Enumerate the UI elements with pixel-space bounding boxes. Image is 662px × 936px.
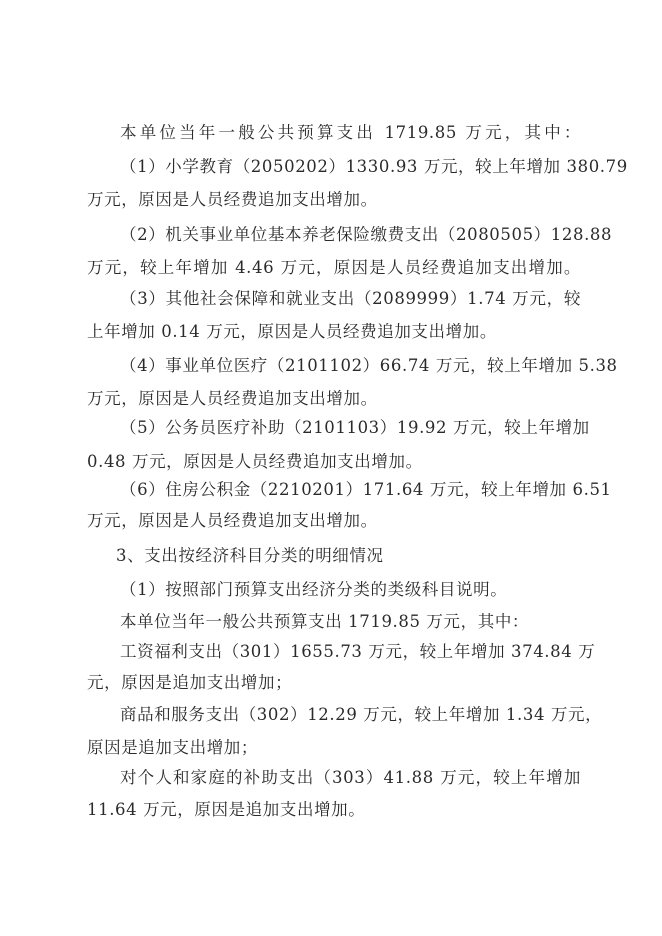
paragraph-line: 本单位当年一般公共预算支出 1719.85 万元，其中： [120, 612, 581, 632]
paragraph-line: 万元，原因是人员经费追加支出增加。 [87, 190, 581, 210]
paragraph-line: （5）公务员医疗补助（2101103）19.92 万元，较上年增加 [120, 418, 581, 438]
paragraph-line: 原因是追加支出增加； [87, 738, 581, 758]
paragraph-line: 对个人和家庭的补助支出（303）41.88 万元，较上年增加 [120, 768, 581, 788]
paragraph-line: （1）小学教育（2050202）1330.93 万元，较上年增加 380.79 [120, 157, 581, 177]
paragraph-line: 本单位当年一般公共预算支出 1719.85 万元，其中： [120, 123, 581, 143]
paragraph-line: 0.48 万元，原因是人员经费追加支出增加。 [87, 452, 581, 472]
paragraph-line: （3）其他社会保障和就业支出（2089999）1.74 万元，较 [120, 289, 581, 309]
paragraph-line: 万元，原因是人员经费追加支出增加。 [87, 511, 581, 531]
paragraph-line: 万元，较上年增加 4.46 万元，原因是人员经费追加支出增加。 [87, 258, 581, 278]
paragraph-line: （6）住房公积金（2210201）171.64 万元，较上年增加 6.51 [120, 480, 581, 500]
paragraph-line: 万元，原因是人员经费追加支出增加。 [87, 389, 581, 409]
paragraph-line: 商品和服务支出（302）12.29 万元，较上年增加 1.34 万元， [120, 705, 581, 725]
paragraph-line: 元，原因是追加支出增加； [87, 673, 581, 693]
paragraph-line: （4）事业单位医疗（2101102）66.74 万元，较上年增加 5.38 [120, 356, 581, 376]
subsection-heading: （1）按照部门预算支出经济分类的类级科目说明。 [120, 580, 581, 600]
paragraph-line: 11.64 万元，原因是追加支出增加。 [87, 800, 581, 820]
paragraph-line: （2）机关事业单位基本养老保险缴费支出（2080505）128.88 [120, 225, 581, 245]
paragraph-line: 工资福利支出（301）1655.73 万元，较上年增加 374.84 万 [120, 642, 581, 662]
section-heading: 3、支出按经济科目分类的明细情况 [116, 546, 610, 566]
document-page: 本单位当年一般公共预算支出 1719.85 万元，其中： （1）小学教育（205… [0, 0, 662, 936]
paragraph-line: 上年增加 0.14 万元，原因是人员经费追加支出增加。 [87, 322, 581, 342]
